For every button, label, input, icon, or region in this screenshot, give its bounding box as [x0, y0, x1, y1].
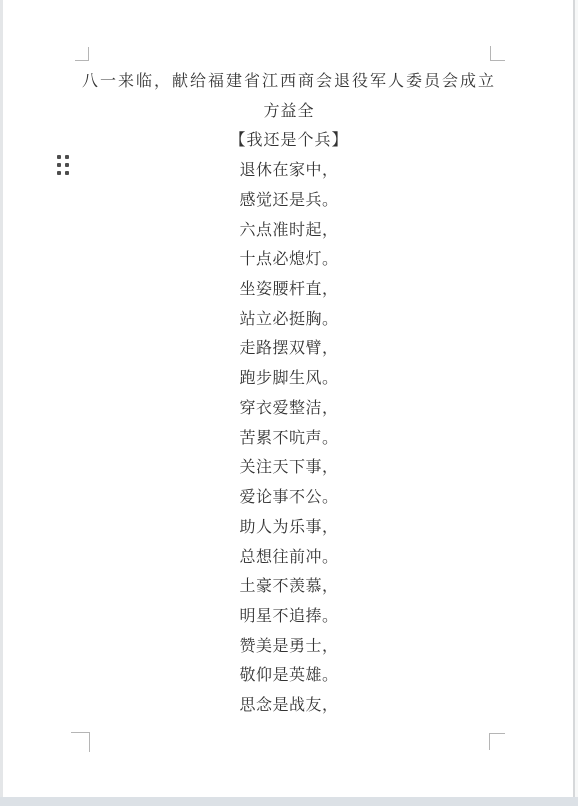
poem-line: 助人为乐事，: [0, 513, 578, 543]
margin-mark-bottom-left-icon: [71, 732, 90, 752]
poem-line: 关注天下事，: [0, 453, 578, 483]
poem-line: 苦累不吭声。: [0, 424, 578, 454]
poem-line: 敬仰是英雄。: [0, 661, 578, 691]
poem-line: 坐姿腰杆直，: [0, 275, 578, 305]
poem-line: 土豪不羡慕，: [0, 572, 578, 602]
poem-line: 赞美是勇士，: [0, 632, 578, 662]
poem-line: 总想往前冲。: [0, 543, 578, 573]
poem-title: 【我还是个兵】: [0, 126, 578, 156]
poem-line: 十点必熄灯。: [0, 245, 578, 275]
poem-line: 思念是战友，: [0, 691, 578, 721]
margin-mark-top-left-icon: [75, 47, 89, 61]
poem-line: 走路摆双臂，: [0, 334, 578, 364]
poem-line: 跑步脚生风。: [0, 364, 578, 394]
document-viewer: 八一来临，献给福建省江西商会退役军人委员会成立 方益全 【我还是个兵】 退休在家…: [0, 0, 578, 806]
poem-line: 六点准时起，: [0, 216, 578, 246]
document-title: 八一来临，献给福建省江西商会退役军人委员会成立: [0, 67, 578, 97]
margin-mark-bottom-right-icon: [489, 733, 505, 750]
viewport-edge-bottom: [0, 797, 578, 806]
poem-line: 穿衣爱整洁，: [0, 394, 578, 424]
document-page: 八一来临，献给福建省江西商会退役军人委员会成立 方益全 【我还是个兵】 退休在家…: [0, 67, 578, 721]
viewport-edge-left: [0, 0, 3, 806]
poem-line: 爱论事不公。: [0, 483, 578, 513]
margin-mark-top-right-icon: [490, 46, 505, 61]
poem-line: 站立必挺胸。: [0, 305, 578, 335]
poem-line: 明星不追捧。: [0, 602, 578, 632]
author-name: 方益全: [0, 97, 578, 127]
poem-line: 感觉还是兵。: [0, 186, 578, 216]
poem-line: 退休在家中，: [0, 156, 578, 186]
